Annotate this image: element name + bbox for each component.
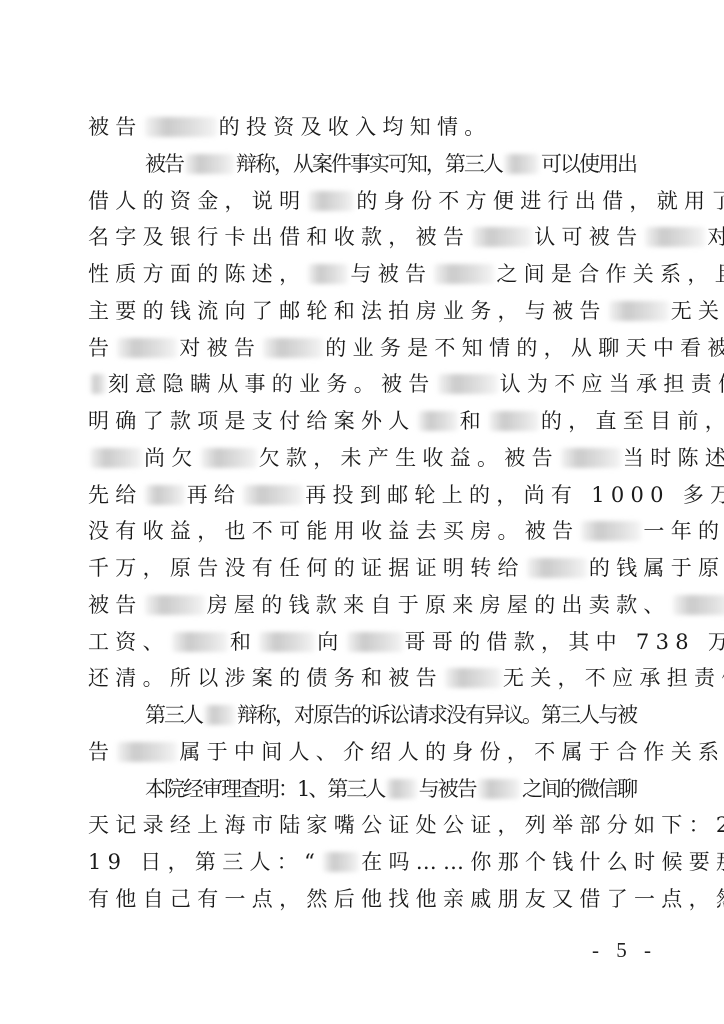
text-segment: 天记录经上海市陆家嘴公证处公证，列举部分如下：2020 年 4 月 xyxy=(88,810,724,840)
text-line: 告对被告的业务是不知情的，从聊天中看被告 xyxy=(88,333,724,363)
text-segment: 当时陈述钱是 xyxy=(623,443,724,473)
redacted-name xyxy=(438,374,498,394)
redacted-name xyxy=(145,485,185,505)
text-segment: 还清。所以涉案的债务和被告 xyxy=(88,663,443,693)
redacted-name xyxy=(673,595,724,615)
text-line: 主要的钱流向了邮轮和法拍房业务，与被告无关联性且被 xyxy=(88,296,724,326)
text-segment: 借人的资金，说明 xyxy=(88,186,306,216)
text-line: 告属于中间人、介绍人的身份，不属于合作关系。 xyxy=(88,737,724,767)
text-line: 第三人辩称，对原告的诉讼请求没有异议。第三人与被 xyxy=(145,700,636,730)
redacted-name xyxy=(117,742,177,762)
text-segment: 的，直至目前， xyxy=(541,406,724,436)
page-number: - 5 - xyxy=(592,938,657,963)
text-segment: 千万，原告没有任何的证据证明转给 xyxy=(88,553,525,583)
redacted-name xyxy=(185,154,234,174)
text-line: 被告辩称，从案件事实可知，第三人可以使用出 xyxy=(145,149,636,179)
text-segment: 和 xyxy=(230,627,257,657)
redacted-name xyxy=(263,338,323,358)
text-line: 刻意隐瞒从事的业务。被告认为不应当承担责任，原告 xyxy=(88,369,724,399)
redacted-name xyxy=(386,779,416,799)
redacted-name xyxy=(472,227,532,247)
redacted-name xyxy=(609,301,669,321)
redacted-name xyxy=(201,448,257,468)
text-line: 本院经审理查明：1、第三人与被告之间的微信聊 xyxy=(145,774,636,804)
text-segment: 性质方面的陈述， xyxy=(88,259,306,289)
text-segment: 刻意隐瞒从事的业务。被告 xyxy=(108,369,436,399)
redacted-name xyxy=(259,632,315,652)
redacted-name xyxy=(172,632,228,652)
redacted-name xyxy=(145,117,217,137)
text-segment: 向 xyxy=(317,627,344,657)
text-segment: 没有收益，也不可能用收益去买房。被告 xyxy=(88,516,579,546)
text-segment: 在吗……你那个钱什么时候要那个 xyxy=(361,847,724,877)
text-line: 19 日，第三人：“在吗……你那个钱什么时候要那个他 xyxy=(88,847,724,877)
text-segment: 再给 xyxy=(187,480,242,510)
text-segment: 房屋的钱款来自于原来房屋的出卖款、 xyxy=(207,590,671,620)
text-segment: 认可被告 xyxy=(534,222,643,252)
text-segment: 对被告 xyxy=(179,333,261,363)
redacted-name xyxy=(347,632,403,652)
text-segment: 可以使用出 xyxy=(541,149,636,179)
text-segment: 之间的微信聊 xyxy=(522,774,636,804)
text-segment: 先给 xyxy=(88,480,143,510)
text-segment: 欠款，未产生收益。被告 xyxy=(259,443,559,473)
redacted-name xyxy=(308,191,354,211)
text-segment: 的身份不方便进行出借，就用了其他人的 xyxy=(356,186,724,216)
text-line: 尚欠欠款，未产生收益。被告当时陈述钱是 xyxy=(88,443,724,473)
text-segment: 被告 xyxy=(88,590,143,620)
text-segment: 的投资及收入均知情。 xyxy=(219,112,492,142)
text-segment: 哥哥的借款，其中 738 万元已经 xyxy=(405,627,724,657)
text-segment: 明确了款项是支付给案外人 xyxy=(88,406,416,436)
text-line: 明确了款项是支付给案外人和的，直至目前，和 xyxy=(88,406,724,436)
text-segment: 之间是合作关系，且合作后 xyxy=(496,259,724,289)
text-segment: 与被告 xyxy=(419,774,476,804)
text-segment: 属于中间人、介绍人的身份，不属于合作关系。 xyxy=(179,737,724,767)
text-line: 被告房屋的钱款来自于原来房屋的出卖款、的个人 xyxy=(88,590,724,620)
redacted-name xyxy=(527,558,587,578)
text-segment: 无关，不应承担责任。 xyxy=(503,663,724,693)
text-segment: 有他自己有一点，然后他找他亲戚朋友又借了一点，然后一起给 xyxy=(88,884,724,914)
text-segment: 告 xyxy=(88,333,115,363)
text-line: 千万，原告没有任何的证据证明转给的钱属于原告的钱。 xyxy=(88,553,724,583)
text-segment: 主要的钱流向了邮轮和法拍房业务，与被告 xyxy=(88,296,607,326)
text-segment: 辩称，从案件事实可知，第三人 xyxy=(236,149,502,179)
redacted-name xyxy=(445,668,501,688)
text-line: 还清。所以涉案的债务和被告无关，不应承担责任。 xyxy=(88,663,724,693)
text-segment: 对于款项 xyxy=(707,222,724,252)
text-line: 名字及银行卡出借和收款，被告认可被告对于款项 xyxy=(88,222,724,252)
redacted-name xyxy=(90,448,142,468)
redacted-name xyxy=(418,411,458,431)
text-line: 借人的资金，说明的身份不方便进行出借，就用了其他人的 xyxy=(88,186,724,216)
text-segment: 再投到邮轮上的，尚有 1000 多万没有收回来， xyxy=(305,480,724,510)
text-line: 先给再给再投到邮轮上的，尚有 1000 多万没有收回来， xyxy=(88,480,724,510)
text-segment: 的业务是不知情的，从聊天中看被告 xyxy=(325,333,724,363)
text-segment: 名字及银行卡出借和收款，被告 xyxy=(88,222,470,252)
text-line: 性质方面的陈述，与被告之间是合作关系，且合作后 xyxy=(88,259,724,289)
redacted-name xyxy=(489,411,539,431)
redacted-name xyxy=(90,374,106,394)
redacted-name xyxy=(145,595,205,615)
text-segment: 和 xyxy=(460,406,487,436)
redacted-name xyxy=(117,338,177,358)
redacted-name xyxy=(581,521,641,541)
text-segment: 与被告 xyxy=(350,259,432,289)
text-segment: 告 xyxy=(88,737,115,767)
redacted-name xyxy=(243,485,303,505)
text-segment: 本院经审理查明：1、第三人 xyxy=(145,774,384,804)
redacted-name xyxy=(478,779,520,799)
redacted-name xyxy=(561,448,621,468)
text-segment: 被告 xyxy=(88,112,143,142)
text-line: 天记录经上海市陆家嘴公证处公证，列举部分如下：2020 年 4 月 xyxy=(88,810,724,840)
text-segment: 认为不应当承担责任，原告 xyxy=(500,369,724,399)
text-segment: 19 日，第三人：“ xyxy=(88,847,321,877)
redacted-name xyxy=(645,227,705,247)
text-segment: 辩称，对原告的诉讼请求没有异议。第三人与被 xyxy=(237,700,636,730)
redacted-name xyxy=(308,264,348,284)
text-segment: 工资、 xyxy=(88,627,170,657)
redacted-name xyxy=(323,852,359,872)
redacted-name xyxy=(434,264,494,284)
text-segment: 的钱属于原告的钱。 xyxy=(589,553,724,583)
text-line: 没有收益，也不可能用收益去买房。被告一年的流水有几 xyxy=(88,516,724,546)
redacted-name xyxy=(504,154,539,174)
text-segment: 第三人 xyxy=(145,700,202,730)
text-segment: 无关联性且被 xyxy=(671,296,724,326)
redacted-name xyxy=(204,705,235,725)
text-segment: 一年的流水有几 xyxy=(643,516,724,546)
text-line: 工资、和向哥哥的借款，其中 738 万元已经 xyxy=(88,627,724,657)
text-line: 被告的投资及收入均知情。 xyxy=(88,112,492,142)
text-line: 有他自己有一点，然后他找他亲戚朋友又借了一点，然后一起给 xyxy=(88,884,724,914)
document-page: 被告的投资及收入均知情。被告辩称，从案件事实可知，第三人可以使用出借人的资金，说… xyxy=(0,0,724,1024)
text-segment: 被告 xyxy=(145,149,183,179)
text-segment: 尚欠 xyxy=(144,443,199,473)
